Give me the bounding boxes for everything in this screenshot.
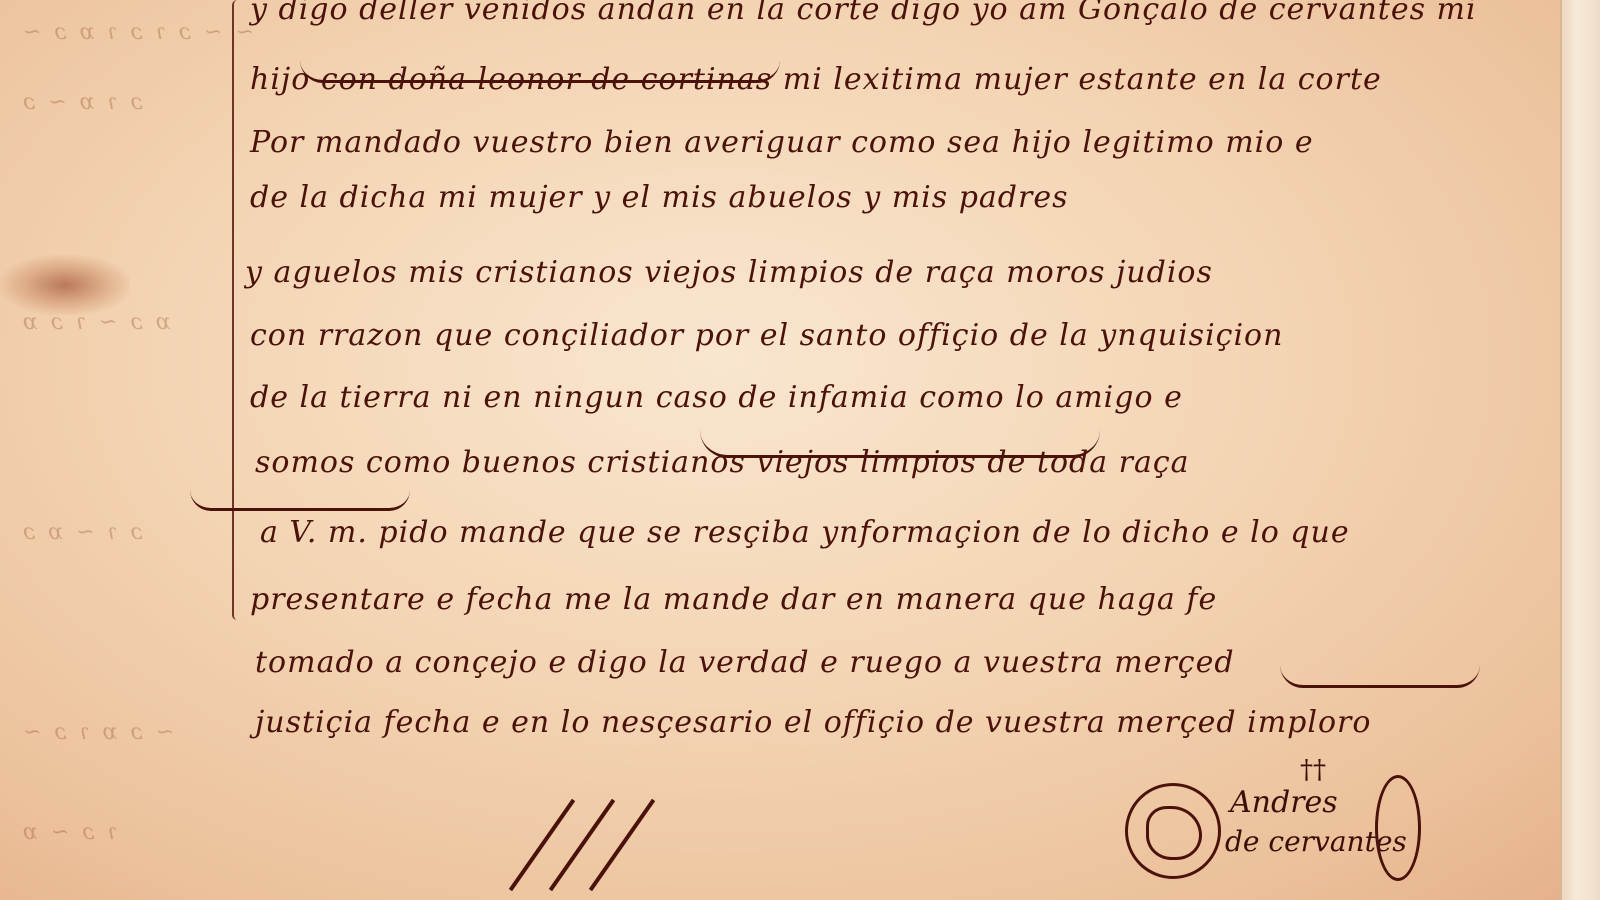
text-line-12: justiçia fecha e en lo nesçesario el off…	[255, 705, 1371, 740]
bleed-through-text: ~ ɔ ɒ ɿ ɔ ~	[20, 720, 174, 745]
margin-flourish	[232, 0, 237, 620]
bleed-through-text: ɔ ɿ ɒ ~ ɔ	[20, 90, 143, 115]
underline-flourish	[190, 490, 410, 511]
underline-flourish	[300, 60, 780, 83]
text-line-11: tomado a conçejo e digo la verdad e rueg…	[255, 645, 1235, 680]
bleed-through-text: ɔ ɿ ~ ɒ ɔ	[20, 520, 143, 545]
signature-flourish	[1375, 775, 1421, 881]
text-line-10: presentare e fecha me la mande dar en ma…	[250, 582, 1217, 617]
ink-stain	[0, 255, 130, 315]
text-line-4: de la dicha mi mujer y el mis abuelos y …	[250, 180, 1068, 215]
text-line-3: Por mandado vuestro bien averiguar como …	[250, 125, 1314, 160]
bleed-through-text: ɿ ɔ ~ ɒ	[20, 820, 118, 845]
underline-flourish	[700, 430, 1100, 458]
text-line-9: a V. m. pido mande que se resçiba ynform…	[260, 515, 1350, 550]
bleed-through-text: ~ ~ ɔ ɿ ɔ ɿ ɒ ɔ ~	[20, 20, 254, 45]
rubric-scrawl	[480, 790, 660, 900]
text-line-7: de la tierra ni en ningun caso de infami…	[250, 380, 1183, 415]
underline-flourish	[1280, 665, 1480, 688]
signature: †† Andres de cervantes	[1125, 775, 1425, 885]
text-line-6: con rrazon que conçiliador por el santo …	[250, 318, 1283, 353]
page-edge	[1560, 0, 1600, 900]
bleed-through-text: ɒ ɔ ~ ɿ ɔ ɒ	[20, 310, 171, 335]
seal-knot-icon	[1146, 806, 1202, 860]
text-line-5: y aguelos mis cristianos viejos limpios …	[245, 255, 1213, 290]
text-line-1: y digo deller venidos andan en la corte …	[250, 0, 1477, 27]
signature-first-name: Andres	[1230, 785, 1338, 820]
manuscript-page: ~ ~ ɔ ɿ ɔ ɿ ɒ ɔ ~ ɔ ɿ ɒ ~ ɔ ɒ ɔ ~ ɿ ɔ ɒ …	[0, 0, 1600, 900]
signature-rubric-seal	[1125, 783, 1221, 879]
cross-mark: ††	[1300, 755, 1326, 785]
